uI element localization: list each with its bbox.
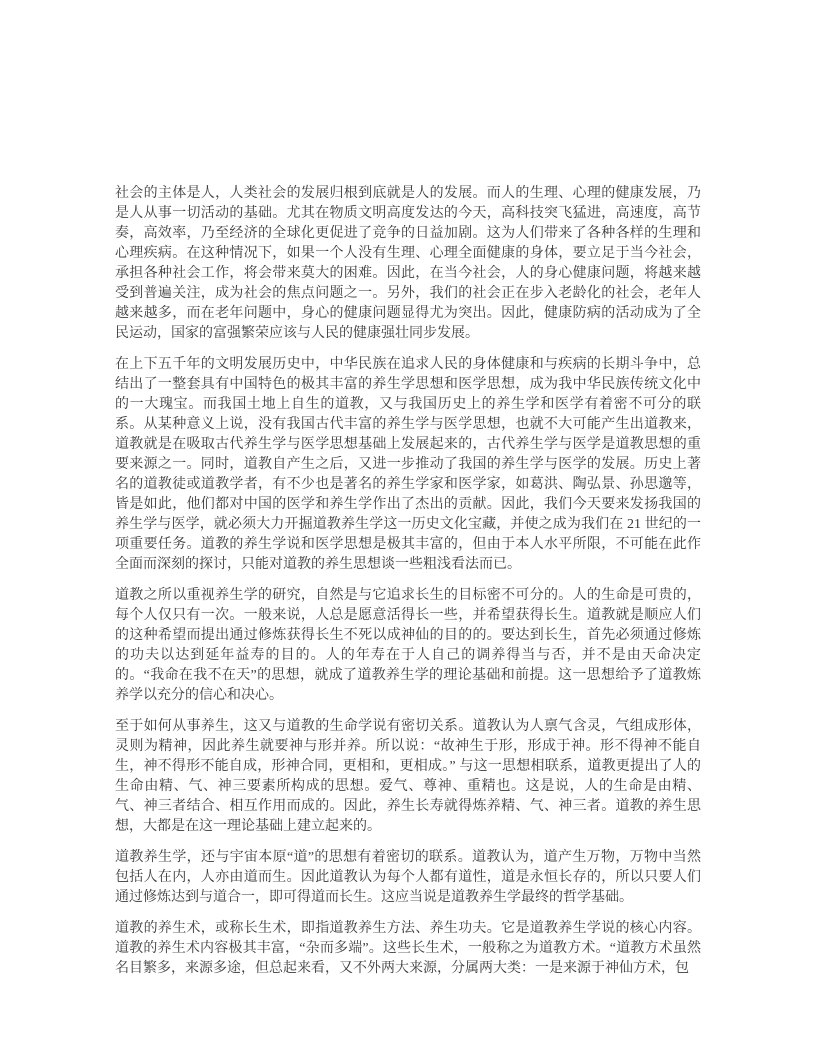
paragraph-3: 道教之所以重视养生学的研究，自然是与它追求长生的目标密不可分的。人的生命是可贵的… xyxy=(115,586,701,706)
paragraph-1: 社会的主体是人，人类社会的发展归根到底就是人的发展。而人的生理、心理的健康发展，… xyxy=(115,184,701,344)
paragraph-5: 道教养生学，还与宇宙本原“道”的思想有着密切的联系。道教认为，道产生万物，万物中… xyxy=(115,848,701,908)
paragraph-2: 在上下五千年的文明发展历史中，中华民族在追求人民的身体健康和与疾病的长期斗争中，… xyxy=(115,355,701,575)
paragraph-4: 至于如何从事养生，这又与道教的生命学说有密切关系。道教认为人禀气含灵，气组成形体… xyxy=(115,717,701,837)
document-body: 社会的主体是人，人类社会的发展归根到底就是人的发展。而人的生理、心理的健康发展，… xyxy=(115,184,701,979)
document-page: 社会的主体是人，人类社会的发展归根到底就是人的发展。而人的生理、心理的健康发展，… xyxy=(0,0,816,1056)
paragraph-6: 道教的养生术，或称长生术，即指道教养生方法、养生功夫。它是道教养生学说的核心内容… xyxy=(115,919,701,979)
